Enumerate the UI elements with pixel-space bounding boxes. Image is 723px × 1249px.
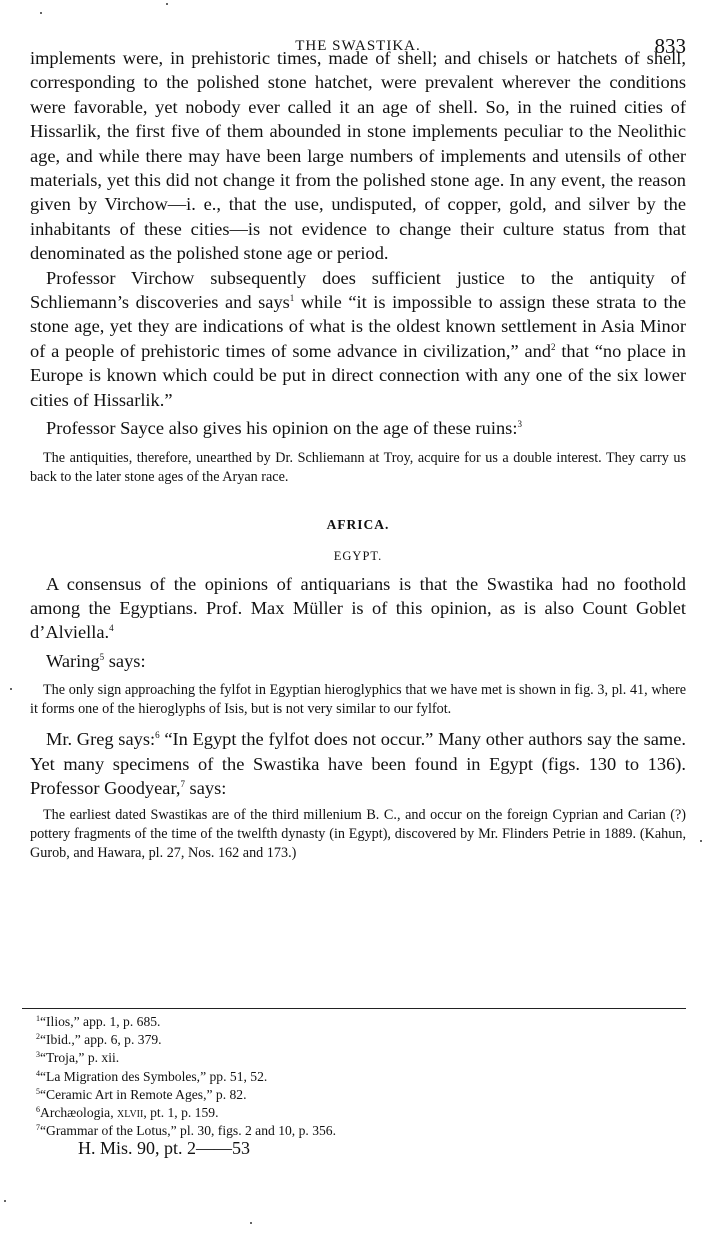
- paragraph-continuation: implements were, in prehistoric times, m…: [30, 46, 686, 266]
- footnote-ref-3[interactable]: 3: [517, 419, 522, 429]
- footnote-4: 4“La Migration des Symboles,” pp. 51, 52…: [36, 1068, 336, 1086]
- block-quote-sayce: The antiquities, therefore, unearthed by…: [30, 449, 686, 487]
- footnote-6: 6Archæologia, xlvii, pt. 1, p. 159.: [36, 1104, 336, 1122]
- paragraph-virchow: Professor Virchow subsequently does suff…: [30, 266, 686, 412]
- footnote-2: 2“Ibid.,” app. 6, p. 379.: [36, 1031, 336, 1049]
- scan-speck: [4, 1200, 6, 1202]
- footnote-1: 1“Ilios,” app. 1, p. 685.: [36, 1013, 336, 1031]
- paragraph-consensus: A consensus of the opinions of antiquari…: [30, 572, 686, 645]
- block-quote-goodyear: The earliest dated Swastikas are of the …: [30, 806, 686, 863]
- scan-speck: [40, 12, 42, 14]
- scan-speck: [10, 688, 12, 690]
- scan-speck: [700, 840, 702, 842]
- scan-speck: [250, 1222, 252, 1224]
- block-quote-waring: The only sign approaching the fylfot in …: [30, 681, 686, 719]
- signature-line: H. Mis. 90, pt. 2——53: [78, 1138, 250, 1159]
- footnote-3: 3“Troja,” p. xii.: [36, 1049, 336, 1067]
- paragraph-sayce: Professor Sayce also gives his opinion o…: [30, 416, 686, 440]
- footnotes: 1“Ilios,” app. 1, p. 685. 2“Ibid.,” app.…: [36, 1013, 336, 1140]
- paragraph-greg: Mr. Greg says:6 “In Egypt the fylfot doe…: [30, 727, 686, 800]
- paragraph-waring: Waring5 says:: [30, 649, 686, 673]
- section-heading-africa: AFRICA.: [30, 517, 686, 533]
- footnote-5: 5“Ceramic Art in Remote Ages,” p. 82.: [36, 1086, 336, 1104]
- scan-speck: [166, 3, 168, 5]
- footnote-divider: [22, 1008, 686, 1009]
- footnote-ref-4[interactable]: 4: [109, 623, 114, 633]
- page-body: implements were, in prehistoric times, m…: [30, 46, 686, 863]
- document-page: THE SWASTIKA. 833 implements were, in pr…: [0, 0, 723, 1249]
- subsection-heading-egypt: EGYPT.: [30, 549, 686, 564]
